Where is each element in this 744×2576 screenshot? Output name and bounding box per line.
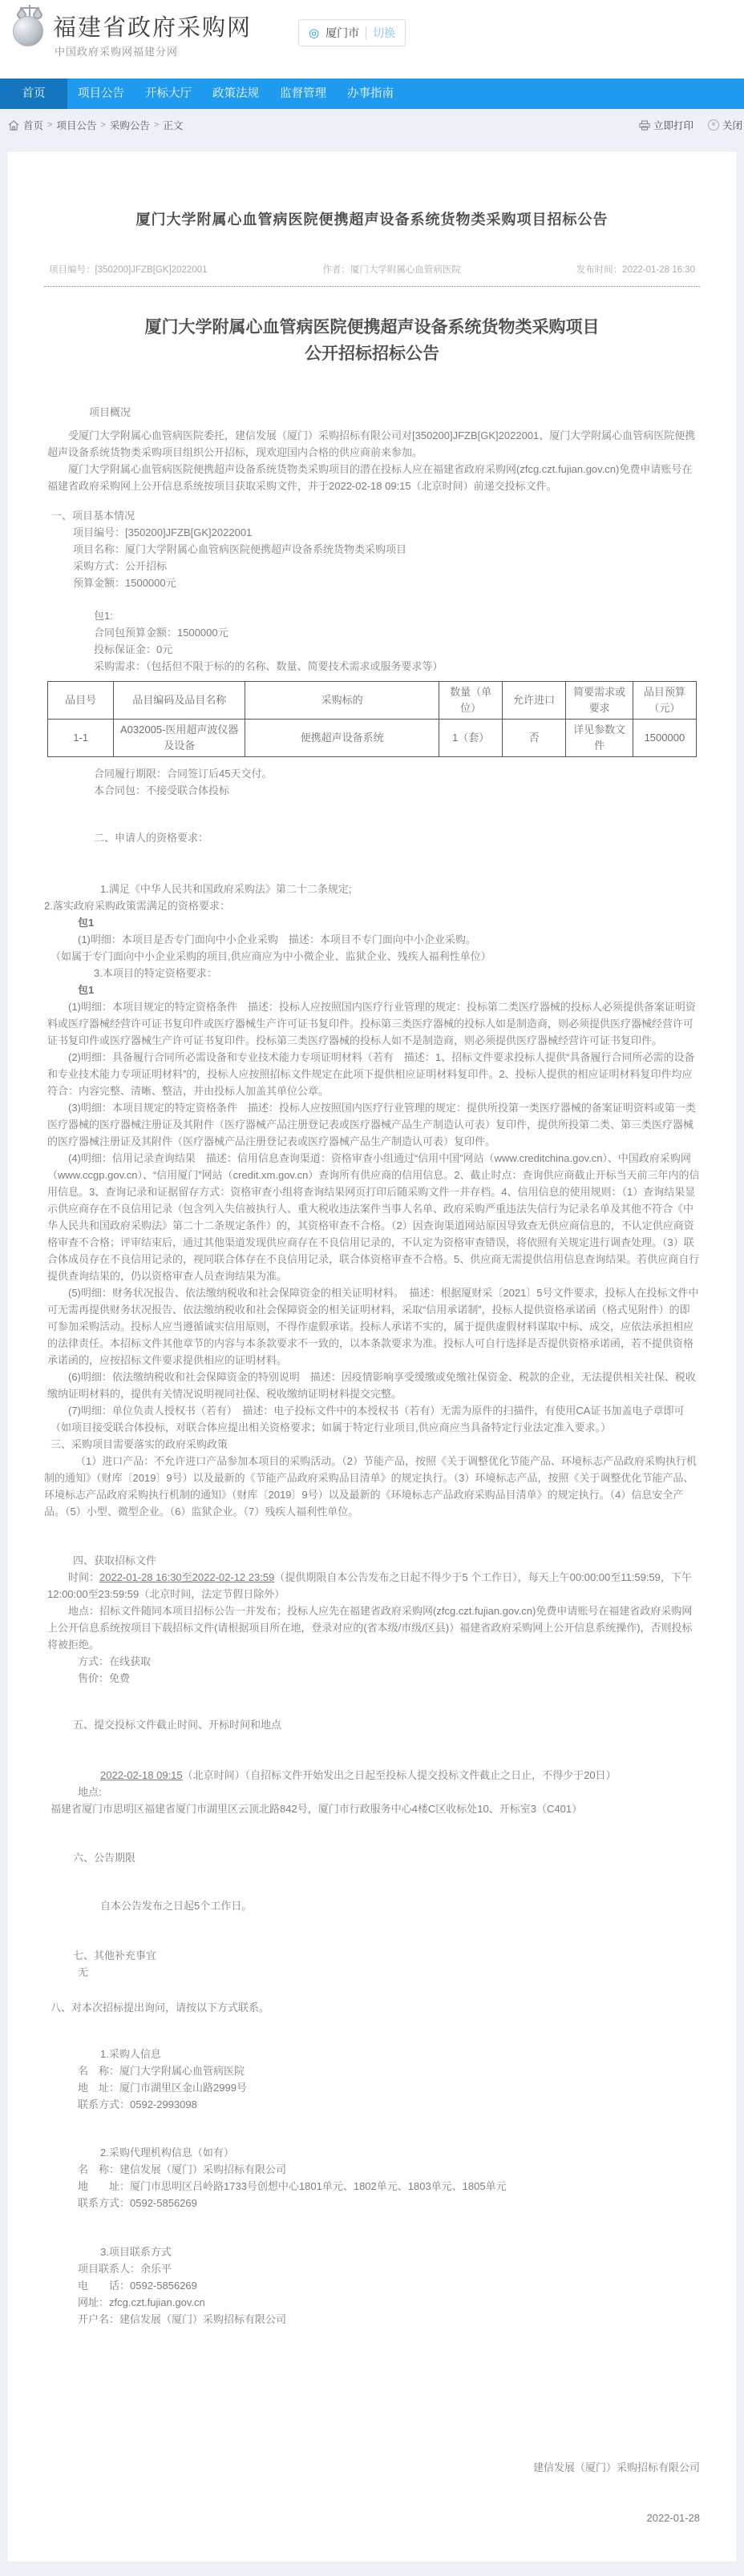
qualification-detail-3: (3)明细：本项目规定的特定资格条件 描述：投标人应按照国内医疗行业管理的规定：… [47, 1099, 700, 1150]
qualification-detail-6: (6)明细：依法缴纳税收和社会保障资金的特别说明 描述：因疫情影响享受缓缴或免缴… [47, 1369, 700, 1402]
package-title: 包1: [94, 607, 700, 624]
qualification-detail-7: (7)明细：单位负责人授权书（若有） 描述：电子投标文件中的本授权书（若有）无需… [47, 1402, 700, 1419]
close-icon: × [708, 119, 719, 131]
cell-brief-requirements: 详见参数文件 [566, 720, 633, 757]
signature-date: 2022-01-28 [44, 2509, 700, 2526]
bid-deadline-rest: （北京时间）（自招标文件开始发出之日起至投标人提交投标文件截止之日止，不得少于2… [183, 1769, 617, 1781]
purchaser-contact-line: 联系方式：0592-2993098 [78, 2096, 700, 2113]
purchaser-name-line: 名 称：厦门大学附属心血管病医院 [78, 2062, 700, 2079]
overview-heading: 项目概况 [89, 404, 700, 421]
section-2-heading: 二、申请人的资格要求： [94, 829, 700, 846]
meta-publish-time-label: 发布时间： [576, 265, 623, 275]
close-label: 关闭 [722, 118, 742, 132]
breadcrumb: 首页 > 项目公告 > 采购公告 > 正文 [8, 118, 183, 132]
nav-item-guide[interactable]: 办事指南 [337, 79, 404, 109]
document-title: 厦门大学附属心血管病医院便携超声设备系统货物类采购项目 公开招标招标公告 [44, 314, 700, 367]
col-item-code-name: 品目编码及品目名称 [114, 682, 245, 720]
agency-signature: 建信发展（厦门）采购招标有限公司 [44, 2459, 700, 2476]
agency-name-line: 名 称：建信发展（厦门）采购招标有限公司 [78, 2161, 700, 2178]
meta-author: 作者：厦门大学附属心血管病医院 [322, 263, 461, 276]
nav-item-announcements[interactable]: 项目公告 [67, 79, 135, 109]
agency-contact-line: 联系方式：0592-5856269 [78, 2195, 700, 2211]
contract-consortium-note: 本合同包：不接受联合体投标 [94, 782, 700, 799]
cell-item-code-name: A032005-医用超声波仪器及设备 [114, 720, 245, 757]
bid-deadline-line: 2022-02-18 09:15（北京时间）（自招标文件开始发出之日起至投标人提… [100, 1767, 700, 1784]
section-5-heading: 五、提交投标文件截止时间、开标时间和地点 [73, 1716, 700, 1733]
breadcrumb-procurement-link[interactable]: 采购公告 [110, 118, 150, 132]
breadcrumb-current-page: 正文 [163, 118, 183, 132]
print-label: 立即打印 [653, 118, 693, 132]
nav-item-bid-opening-hall[interactable]: 开标大厅 [135, 79, 202, 109]
close-button[interactable]: × 关闭 [708, 118, 742, 132]
meta-project-no-label: 项目编号： [49, 265, 95, 275]
obtain-time-prefix: 时间： [68, 1571, 99, 1583]
qualification-item-1: 1.满足《中华人民共和国政府采购法》第二十二条规定; [100, 881, 700, 897]
print-button[interactable]: 立即打印 [639, 118, 693, 132]
package-1-label: 包1 [78, 982, 700, 998]
site-header: 福建省政府采购网 中国政府采购网福建分网 ◎ 厦门市 切换 [0, 0, 744, 79]
document-title-line1: 厦门大学附属心血管病医院便携超声设备系统货物类采购项目 [44, 314, 700, 341]
globe-icon [13, 16, 43, 46]
article-card: 厦门大学附属心血管病医院便携超声设备系统货物类采购项目招标公告 项目编号：[35… [6, 151, 738, 2562]
city-switch-link[interactable]: 切换 [373, 25, 395, 41]
meta-author-value: 厦门大学附属心血管病医院 [350, 265, 461, 275]
cell-quantity: 1（套） [439, 720, 503, 757]
section-3-heading: 三、采购项目需要落实的政府采购政策 [51, 1436, 700, 1453]
document-price-line: 售价：免费 [78, 1670, 700, 1687]
policy-paragraph: （1）进口产品：不允许进口产品参加本项目的采购活动。（2）节能产品，按照《关于调… [44, 1453, 700, 1520]
col-brief-requirements: 简要需求或要求 [566, 682, 633, 720]
article-meta: 项目编号：[350200]JFZB[GK]2022001 作者：厦门大学附属心血… [44, 263, 700, 287]
consortium-note: （如项目接受联合体投标，对联合体应提出相关资格要求；如属于特定行业项目,供应商应… [51, 1419, 700, 1436]
project-contact-account-line: 开户名：建信发展（厦门）采购招标有限公司 [78, 2311, 700, 2328]
obtain-time-range: 2022-01-28 16:30至2022-02-12 23:59 [99, 1571, 274, 1583]
section-8-heading: 八、对本次招标提出询问，请按以下方式联系。 [51, 1999, 700, 2016]
print-icon [639, 120, 650, 131]
project-contact-person-line: 项目联系人：余乐平 [78, 2260, 700, 2277]
qualification-detail-5: (5)明细：财务状况报告、依法缴纳税收和社会保障资金的相关证明材料。 描述：根据… [47, 1284, 700, 1369]
package-1-label: 包1 [78, 914, 700, 931]
project-name-line: 项目名称：厦门大学附属心血管病医院便携超声设备系统货物类采购项目 [73, 541, 700, 558]
section-7-heading: 七、其他补充事宜 [73, 1947, 700, 1964]
table-header-row: 品目号 品目编码及品目名称 采购标的 数量（单位） 允许进口 简要需求或要求 品… [48, 682, 697, 720]
purchaser-info-heading: 1.采购人信息 [100, 2046, 700, 2062]
col-import-allowed: 允许进口 [502, 682, 566, 720]
bid-deadline-time: 2022-02-18 09:15 [100, 1769, 183, 1781]
other-matters-line: 无 [78, 1964, 700, 1981]
document-body: 厦门大学附属心血管病医院便携超声设备系统货物类采购项目 公开招标招标公告 项目概… [44, 314, 700, 2526]
specific-qualification-heading: 3.本项目的特定资格要求： [94, 965, 700, 982]
qualification-detail-2: (2)明细：具备履行合同所必需设备和专业技术能力专项证明材料（若有 描述：1、招… [47, 1049, 700, 1099]
sme-policy-note: （如属于专门面向中小企业采购的项目,供应商应为中小微企业、监狱企业、残疾人福利性… [51, 948, 700, 965]
project-contact-heading: 3.项目联系方式 [100, 2243, 700, 2260]
section-4-heading: 四、获取招标文件 [73, 1552, 700, 1569]
announcement-period-line: 自本公告发布之日起5个工作日。 [100, 1897, 700, 1914]
qualification-item-2: 2.落实政府采购政策需满足的资格要求： [44, 897, 700, 914]
section-1-heading: 一、项目基本情况 [51, 507, 700, 524]
cell-item-budget: 1500000 [633, 720, 696, 757]
col-quantity: 数量（单位） [439, 682, 503, 720]
page-title: 厦门大学附属心血管病医院便携超声设备系统货物类采购项目招标公告 [44, 151, 700, 231]
site-logo-scales-icon [8, 3, 50, 48]
col-item-no: 品目号 [48, 682, 114, 720]
meta-publish-time-value: 2022-01-28 16:30 [622, 265, 695, 275]
breadcrumb-separator: > [47, 120, 52, 130]
purchaser-address-line: 地 址：厦门市湖里区金山路2999号 [78, 2079, 700, 2096]
nav-item-policies[interactable]: 政策法规 [202, 79, 269, 109]
project-no-line: 项目编号：[350200]JFZB[GK]2022001 [73, 524, 700, 541]
city-divider [366, 26, 366, 39]
location-pin-icon: ◎ [309, 26, 319, 40]
nav-item-supervision[interactable]: 监督管理 [269, 79, 337, 109]
bid-place-address: 福建省厦门市思明区福建省厦门市湖里区云顶北路842号，厦门市行政服务中心4楼C区… [51, 1800, 700, 1817]
main-nav: 首页 项目公告 开标大厅 政策法规 监督管理 办事指南 [0, 79, 744, 109]
breadcrumb-home-link[interactable]: 首页 [23, 118, 43, 132]
page-tools: 立即打印 × 关闭 [639, 118, 742, 132]
city-selector[interactable]: ◎ 厦门市 切换 [298, 19, 406, 46]
budget-line: 预算金额：1500000元 [73, 574, 700, 591]
overview-paragraph-2: 厦门大学附属心血管病医院便携超声设备系统货物类采购项目的潜在投标人应在福建省政府… [47, 461, 700, 494]
col-item-budget: 品目预算（元） [633, 682, 696, 720]
procurement-method-line: 采购方式：公开招标 [73, 558, 700, 574]
qualification-detail-4: (4)明细：信用记录查询结果 描述：信用信息查询渠道：资格审查小组通过“信用中国… [47, 1150, 700, 1284]
project-contact-website-line: 网址：zfcg.czt.fujian.gov.cn [78, 2294, 700, 2311]
procurement-items-table: 品目号 品目编码及品目名称 采购标的 数量（单位） 允许进口 简要需求或要求 品… [47, 681, 697, 757]
meta-author-label: 作者： [322, 265, 350, 275]
home-icon [8, 120, 19, 131]
current-city-label: 厦门市 [325, 25, 359, 41]
document-title-line2: 公开招标招标公告 [44, 341, 700, 367]
meta-project-no: 项目编号：[350200]JFZB[GK]2022001 [49, 263, 208, 276]
package-budget-line: 合同包预算金额：1500000元 [94, 624, 700, 641]
nav-item-home[interactable]: 首页 [0, 79, 67, 109]
breadcrumb-announcements-link[interactable]: 项目公告 [56, 118, 96, 132]
agency-address-line: 地 址：厦门市思明区吕岭路1733号创想中心1801单元、1802单元、1803… [78, 2178, 700, 2195]
cell-import-allowed: 否 [502, 720, 566, 757]
breadcrumb-bar: 首页 > 项目公告 > 采购公告 > 正文 立即打印 × 关闭 [0, 109, 744, 141]
project-contact-phone-line: 电 话：0592-5856269 [78, 2277, 700, 2294]
meta-publish-time: 发布时间：2022-01-28 16:30 [576, 263, 695, 276]
table-row: 1-1 A032005-医用超声波仪器及设备 便携超声设备系统 1（套） 否 详… [48, 720, 697, 757]
document-obtain-time-line: 时间：2022-01-28 16:30至2022-02-12 23:59（提供期… [47, 1569, 700, 1602]
breadcrumb-separator: > [100, 120, 105, 130]
site-subtitle: 中国政府采购网福建分网 [55, 43, 178, 58]
sme-policy-detail: (1)明细：本项目是否专门面向中小企业采购 描述：本项目不专门面向中小企业采购。 [78, 931, 700, 948]
document-obtain-place-line: 地点：招标文件随同本项目招标公告一并发布；投标人应先在福建省政府采购网(zfcg… [47, 1602, 700, 1653]
section-6-heading: 六、公告期限 [73, 1849, 700, 1866]
bid-deposit-line: 投标保证金：0元 [94, 641, 700, 658]
document-obtain-method-line: 方式：在线获取 [78, 1653, 700, 1670]
qualification-detail-1: (1)明细：本项目规定的特定资格条件 描述：投标人应按照国内医疗行业管理的规定：… [47, 998, 700, 1049]
breadcrumb-separator: > [154, 120, 159, 130]
site-title: 福建省政府采购网 [53, 10, 252, 42]
agency-info-heading: 2.采购代理机构信息（如有） [100, 2144, 700, 2161]
procurement-requirement-line: 采购需求：（包括但不限于标的的名称、数量、简要技术需求或服务要求等） [94, 658, 700, 675]
overview-paragraph-1: 受厦门大学附属心血管病医院委托，建信发展（厦门）采购招标有限公司对[350200… [47, 427, 700, 461]
contract-term-line: 合同履行期限：合同签订后45天交付。 [94, 765, 700, 782]
bid-place-label: 地点: [78, 1784, 700, 1800]
meta-project-no-value: [350200]JFZB[GK]2022001 [95, 265, 208, 275]
cell-subject: 便携超声设备系统 [245, 720, 439, 757]
col-subject: 采购标的 [245, 682, 439, 720]
cell-item-no: 1-1 [48, 720, 114, 757]
